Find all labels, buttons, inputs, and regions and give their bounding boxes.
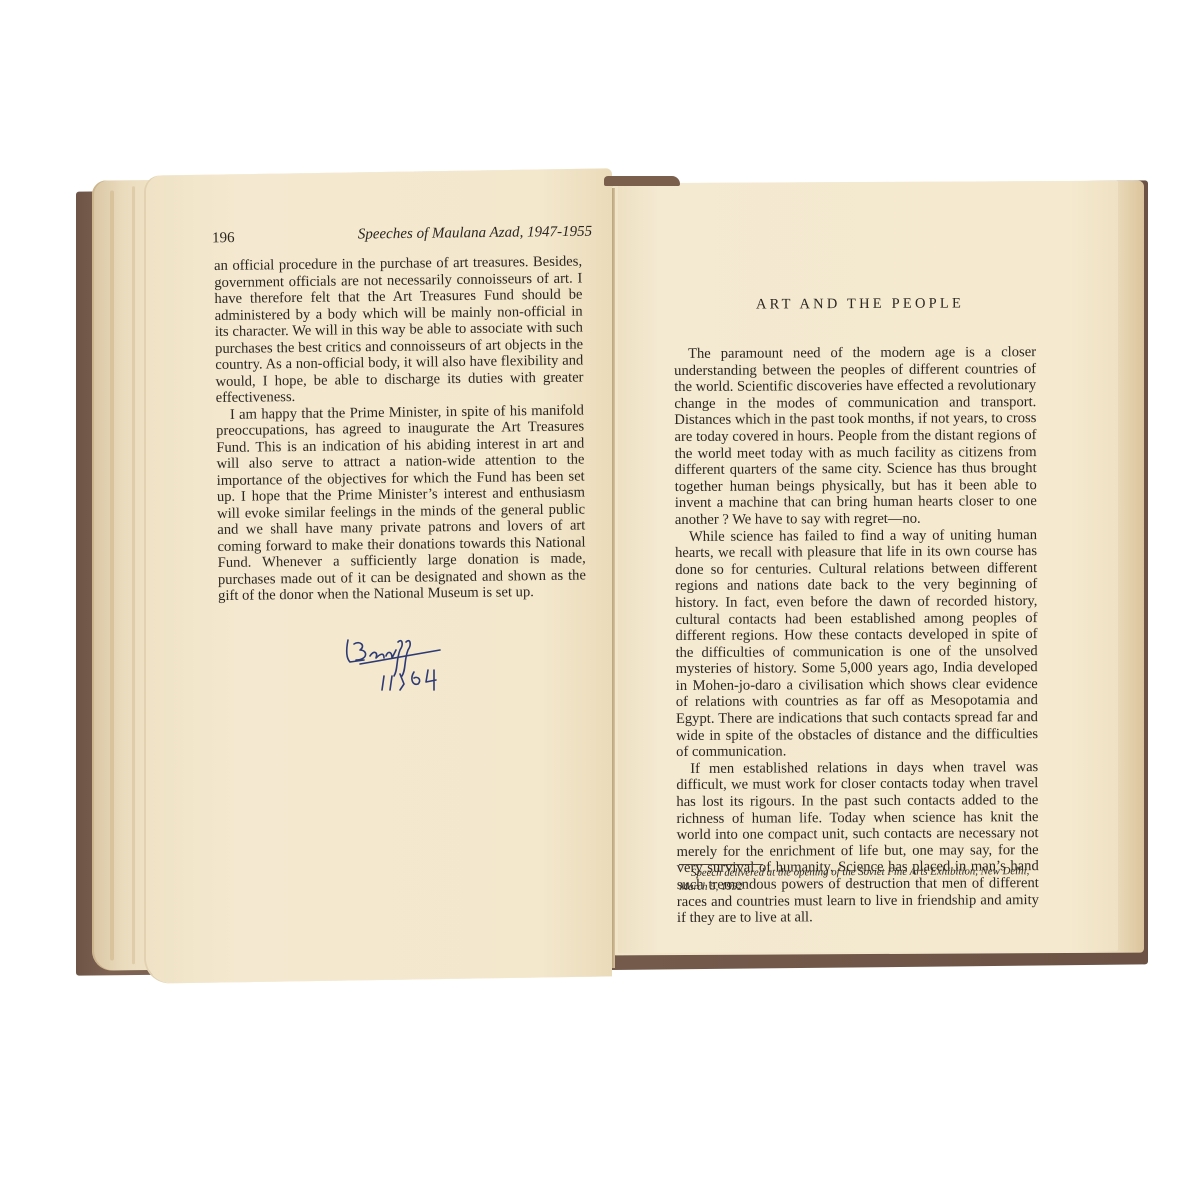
paragraph: an official procedure in the purchase of…: [214, 254, 584, 407]
paragraph: I am happy that the Prime Minister, in s…: [216, 402, 586, 604]
book-gutter: [612, 188, 615, 968]
paragraph: While science has failed to find a way o…: [675, 527, 1038, 761]
page-number: 196: [212, 230, 235, 247]
footnote-line-1: Speech delivered at the opening of the S…: [691, 865, 1029, 879]
torn-spine-top: [604, 176, 680, 186]
running-head: Speeches of Maulana Azad, 1947-1955: [358, 224, 592, 244]
handwritten-signature: [340, 630, 450, 700]
footnote-line-2: March 5, 1952: [679, 881, 743, 893]
chapter-title: ART AND THE PEOPLE: [660, 295, 1060, 314]
footnote: Speech delivered at the opening of the S…: [679, 864, 1039, 894]
signature-icon: [340, 630, 450, 700]
left-page-body: an official procedure in the purchase of…: [214, 254, 586, 605]
paragraph: The paramount need of the modern age is …: [674, 344, 1037, 528]
paragraph: If men established relations in days whe…: [676, 759, 1039, 927]
right-page-body: The paramount need of the modern age is …: [674, 344, 1039, 927]
